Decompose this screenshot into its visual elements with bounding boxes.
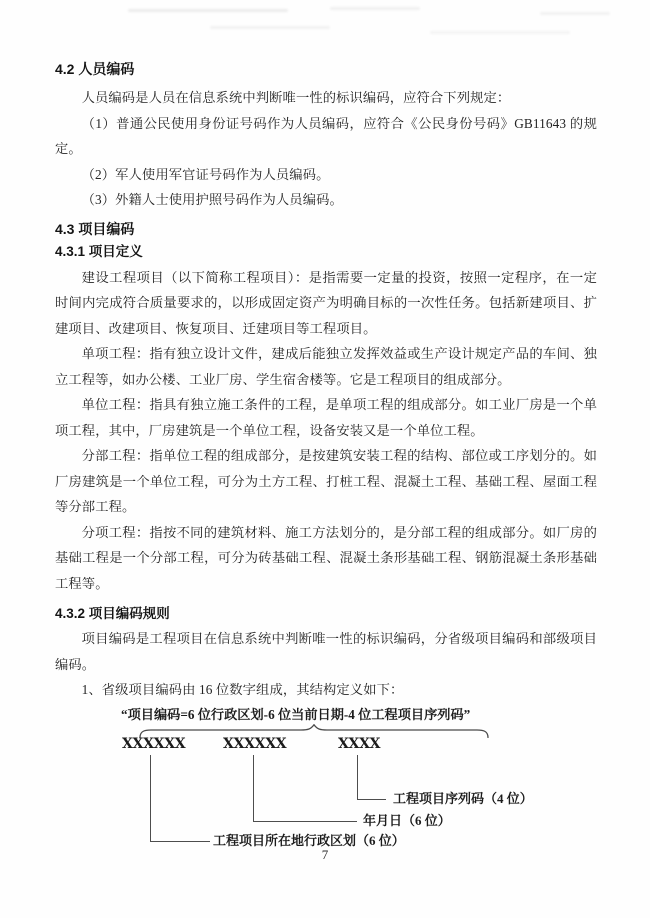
heading-4-3-project-code: 4.3 项目编码 <box>55 218 597 240</box>
list-item-military-id: （2）军人使用军官证号码作为人员编码。 <box>55 162 597 188</box>
paragraph-unit-project: 单位工程：指具有独立施工条件的工程，是单项工程的组成部分。如工业厂房是一个单项工… <box>55 392 597 443</box>
document-page: 4.2 人员编码 人员编码是人员在信息系统中判断唯一性的标识编码，应符合下列规定… <box>0 0 650 918</box>
code-segment-region-x: XXXXXX <box>122 735 185 754</box>
connector-line-region-vertical <box>150 755 151 841</box>
paragraph-item-project: 分项工程：指按不同的建筑材料、施工方法划分的，是分部工程的组成部分。如厂房的基础… <box>55 520 597 597</box>
heading-4-3-2-coding-rules: 4.3.2 项目编码规则 <box>55 603 597 625</box>
code-segment-serial-x: XXXX <box>338 735 380 754</box>
project-code-structure-diagram: “项目编码=6 位行政区划-6 位当前日期-4 位工程项目序列码” XXXXXX… <box>55 703 597 863</box>
paragraph-construction-project: 建设工程项目（以下简称工程项目）：是指需要一定量的投资，按照一定程序，在一定时间… <box>55 265 597 342</box>
list-item-passport: （3）外籍人士使用护照号码作为人员编码。 <box>55 187 597 213</box>
connector-line-serial-horizontal <box>357 799 386 800</box>
paragraph-single-project: 单项工程：指有独立设计文件，建成后能独立发挥效益或生产设计规定产品的车间、独立工… <box>55 341 597 392</box>
paragraph-personnel-code-intro: 人员编码是人员在信息系统中判断唯一性的标识编码，应符合下列规定： <box>55 85 597 111</box>
heading-4-2-personnel-code: 4.2 人员编码 <box>55 58 597 80</box>
brace-icon <box>138 724 490 738</box>
heading-4-3-1-project-definition: 4.3.1 项目定义 <box>55 241 597 263</box>
connector-line-date-vertical <box>253 755 254 821</box>
connector-line-serial-vertical <box>357 755 358 799</box>
scan-smudge <box>540 12 610 15</box>
scan-smudge <box>330 7 420 10</box>
paragraph-project-code-intro: 项目编码是工程项目在信息系统中判断唯一性的标识编码，分省级项目编码和部级项目编码… <box>55 626 597 677</box>
connector-line-region-horizontal <box>150 841 210 842</box>
scan-smudge <box>430 31 570 34</box>
code-segment-date-x: XXXXXX <box>223 735 286 754</box>
paragraph-provincial-code-structure: 1、省级项目编码由 16 位数字组成，其结构定义如下： <box>55 677 597 703</box>
code-formula-text: “项目编码=6 位行政区划-6 位当前日期-4 位工程项目序列码” <box>121 705 470 725</box>
connector-line-date-horizontal <box>253 821 357 822</box>
page-number: 7 <box>0 845 650 865</box>
scan-smudge <box>210 26 330 29</box>
scan-smudge <box>128 9 288 12</box>
label-serial-code: 工程项目序列码（4 位） <box>393 790 533 808</box>
label-date-code: 年月日（6 位） <box>363 812 451 830</box>
paragraph-division-project: 分部工程：指单位工程的组成部分，是按建筑安装工程的结构、部位或工序划分的。如厂房… <box>55 443 597 520</box>
list-item-citizen-id: （1）普通公民使用身份证号码作为人员编码，应符合《公民身份号码》GB11643 … <box>55 111 597 162</box>
